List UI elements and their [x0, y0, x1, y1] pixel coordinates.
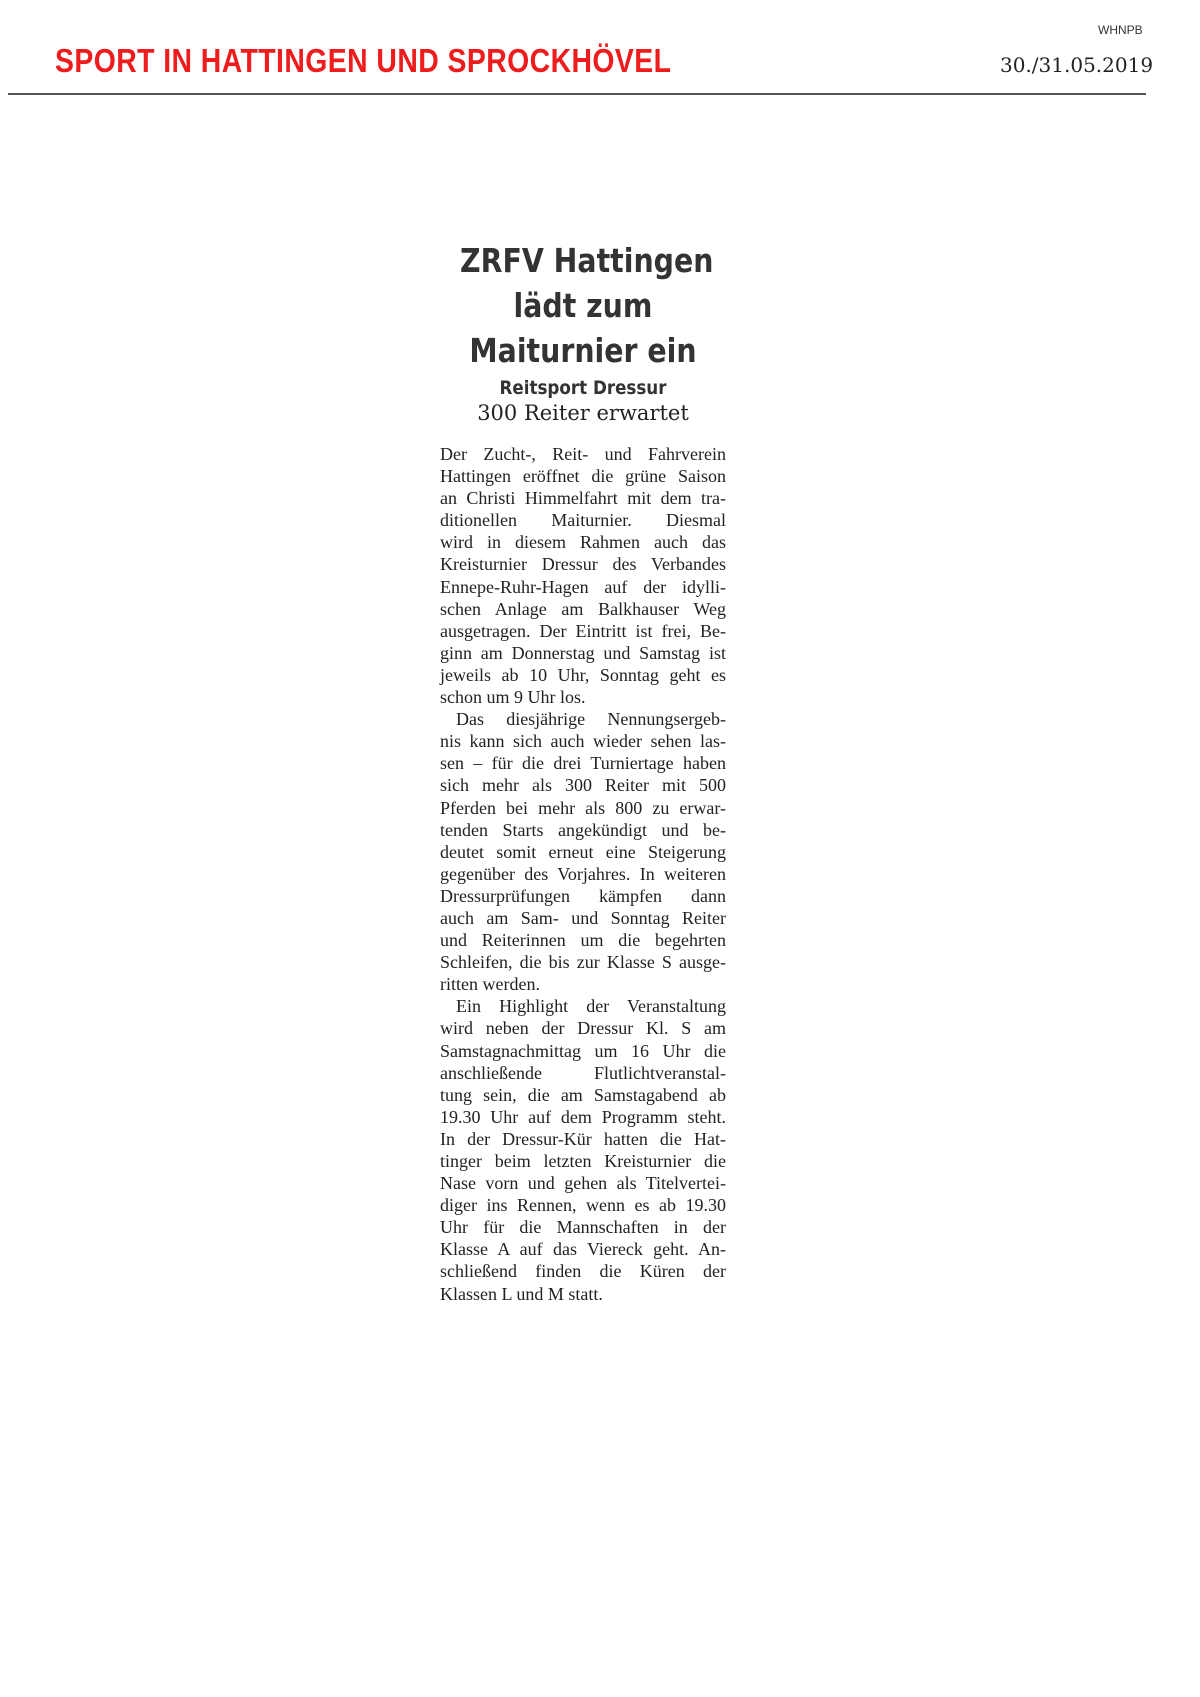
text-line: Schleifen, die bis zur Klasse S ausge- [440, 951, 726, 973]
text-line: sich mehr als 300 Reiter mit 500 [440, 774, 726, 796]
text-line: sen – für die drei Turniertage haben [440, 752, 726, 774]
text-line: gegenüber des Vorjahres. In weiteren [440, 863, 726, 885]
paragraph-3: Ein Highlight der Veranstaltung wird neb… [440, 995, 726, 1304]
issue-date: 30./31.05.2019 [1000, 53, 1153, 77]
text-line: und Reiterinnen um die begehrten [440, 929, 726, 951]
kicker: Reitsport Dressur [457, 377, 709, 399]
text-line: Der Zucht-, Reit- und Fahrverein [440, 443, 726, 465]
text-line: Samstagnachmittag um 16 Uhr die [440, 1040, 726, 1062]
text-line: an Christi Himmelfahrt mit dem tra- [440, 487, 726, 509]
text-line: ritten werden. [440, 973, 726, 995]
text-line: Pferden bei mehr als 800 zu erwar- [440, 797, 726, 819]
text-line: wird in diesem Rahmen auch das [440, 531, 726, 553]
headline-line: Maiturnier ein [460, 328, 706, 373]
text-line: tung sein, die am Samstagabend ab [440, 1084, 726, 1106]
text-line: tinger beim letzten Kreisturnier die [440, 1150, 726, 1172]
text-line: schen Anlage am Balkhauser Weg [440, 598, 726, 620]
text-line: deutet somit erneut eine Steigerung [440, 841, 726, 863]
text-line: Uhr für die Mannschaften in der [440, 1216, 726, 1238]
text-line: wird neben der Dressur Kl. S am [440, 1017, 726, 1039]
text-line: nis kann sich auch wieder sehen las- [440, 730, 726, 752]
text-line: Das diesjährige Nennungsergeb- [440, 708, 726, 730]
paragraph-1: Der Zucht-, Reit- und Fahrverein Hatting… [440, 443, 726, 708]
text-line: auch am Sam- und Sonntag Reiter [440, 907, 726, 929]
text-line: Dressurprüfungen kämpfen dann [440, 885, 726, 907]
text-line: anschließende Flutlichtveranstal- [440, 1062, 726, 1084]
text-line: Hattingen eröffnet die grüne Saison [440, 465, 726, 487]
headline-line: lädt zum [460, 283, 706, 328]
text-line: schließend finden die Küren der [440, 1260, 726, 1282]
headline: ZRFV Hattingen lädt zum Maiturnier ein [440, 238, 726, 373]
headline-line: ZRFV Hattingen [460, 238, 706, 283]
edition-code: WHNPB [1098, 23, 1143, 37]
text-line: tenden Starts angekündigt und be- [440, 819, 726, 841]
paragraph-2: Das diesjährige Nennungsergeb- nis kann … [440, 708, 726, 995]
text-line: ausgetragen. Der Eintritt ist frei, Be- [440, 620, 726, 642]
text-line: In der Dressur-Kür hatten die Hat- [440, 1128, 726, 1150]
subheadline: 300 Reiter erwartet [440, 401, 726, 425]
text-line: ditionellen Maiturnier. Diesmal [440, 509, 726, 531]
text-line: schon um 9 Uhr los. [440, 686, 726, 708]
header-divider [8, 93, 1146, 95]
text-line: 19.30 Uhr auf dem Programm steht. [440, 1106, 726, 1128]
text-line: jeweils ab 10 Uhr, Sonntag geht es [440, 664, 726, 686]
text-line: ginn am Donnerstag und Samstag ist [440, 642, 726, 664]
text-line: Ennepe-Ruhr-Hagen auf der idylli- [440, 576, 726, 598]
text-line: Kreisturnier Dressur des Verbandes [440, 553, 726, 575]
section-title: SPORT IN HATTINGEN UND SPROCKHÖVEL [55, 42, 671, 80]
article-body: Der Zucht-, Reit- und Fahrverein Hatting… [440, 443, 726, 1305]
article: ZRFV Hattingen lädt zum Maiturnier ein R… [440, 238, 726, 1305]
text-line: Ein Highlight der Veranstaltung [440, 995, 726, 1017]
text-line: Klassen L und M statt. [440, 1283, 726, 1305]
text-line: Nase vorn und gehen als Titelvertei- [440, 1172, 726, 1194]
text-line: Klasse A auf das Viereck geht. An- [440, 1238, 726, 1260]
text-line: diger ins Rennen, wenn es ab 19.30 [440, 1194, 726, 1216]
